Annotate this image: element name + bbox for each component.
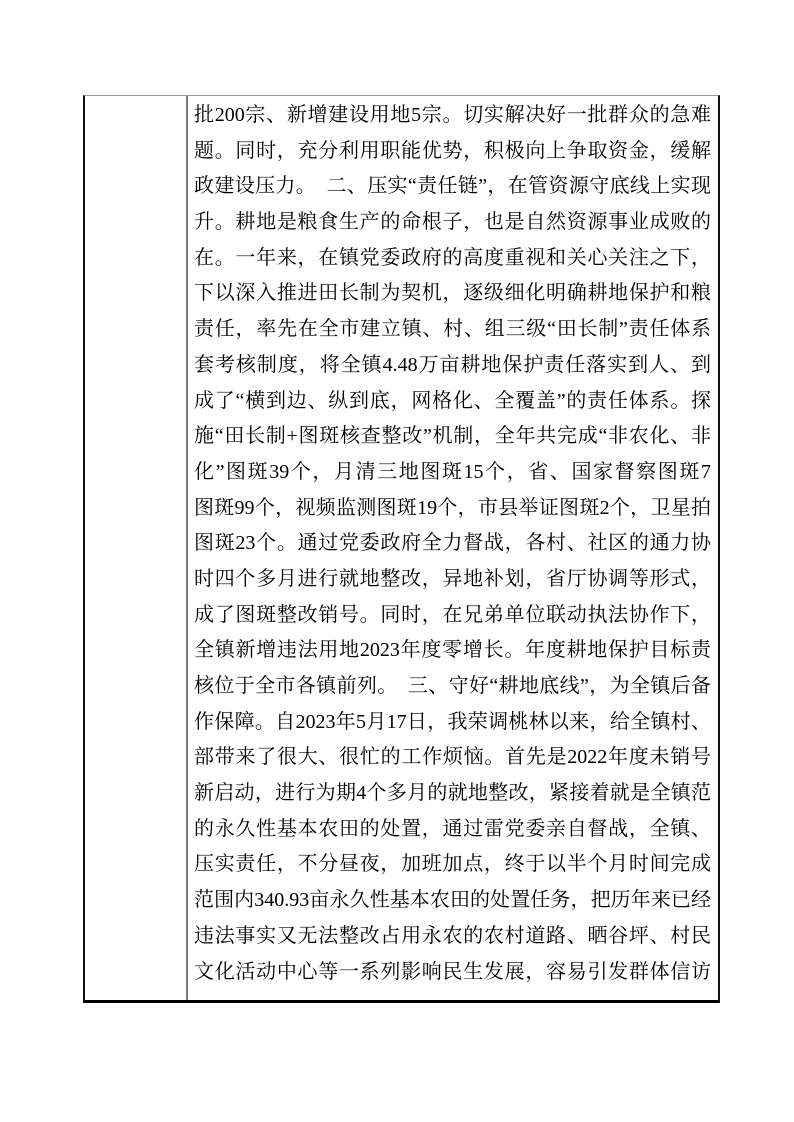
- text-line: 核位于全市各镇前列。 三、守好“耕地底线”，为全镇后备资源: [194, 669, 711, 705]
- text-line: 作保障。自2023年5月17日，我荣调桃林以来，给全镇村、社区干: [194, 705, 711, 741]
- text-line: 题。同时，充分利用职能优势，积极向上争取资金，缓解地方财: [194, 134, 711, 170]
- text-line: 时四个多月进行就地整改，异地补划，省厅协调等形式，圆满完: [194, 562, 711, 598]
- text-line: 违法事实又无法整改占用永农的农村道路、晒谷坪、村民建房、: [194, 919, 711, 955]
- text-line: 图斑99个，视频监测图斑19个，市县举证图斑2个，卫星拍片执法: [194, 491, 711, 527]
- text-line: 图斑23个。通过党委政府全力督战，各村、社区的通力协作，历: [194, 526, 711, 562]
- text-line: 范围内340.93亩永久性基本农田的处置任务，把历年来已经形成: [194, 883, 711, 919]
- text-line: 套考核制度，将全镇4.48万亩耕地保护责任落实到人、到点，形: [194, 348, 711, 384]
- text-line: 升。耕地是粮食生产的命根子，也是自然资源事业成败的关键所: [194, 205, 711, 241]
- text-line: 成了图斑整改销号。同时，在兄弟单位联动执法协作下，实现了: [194, 598, 711, 634]
- document-page: 批200宗、新增建设用地5宗。切实解决好一批群众的急难愁盼问题。同时，充分利用职…: [0, 0, 794, 1122]
- text-line: 部带来了很大、很忙的工作烦恼。首先是2022年度未销号图斑重: [194, 740, 711, 776]
- text-line: 压实责任，不分昼夜，加班加点，终于以半个月时间完成了全镇: [194, 847, 711, 883]
- text-line: 的永久性基本农田的处置，通过雷党委亲自督战，全镇、村书记: [194, 812, 711, 848]
- text-line: 化”图斑39个，月清三地图斑15个，省、国家督察图斑7个，快递: [194, 455, 711, 491]
- text-line: 文化活动中心等一系列影响民生发展，容易引发群体信访事件的: [194, 955, 711, 991]
- text-line: 施“田长制+图斑核查整改”机制，全年共完成“非农化、非粮: [194, 419, 711, 455]
- table-cell-content: 批200宗、新增建设用地5宗。切实解决好一批群众的急难愁盼问题。同时，充分利用职…: [188, 96, 718, 1000]
- text-line: 成了“横到边、纵到底，网格化、全覆盖”的责任体系。探索实: [194, 384, 711, 420]
- report-table: 批200宗、新增建设用地5宗。切实解决好一批群众的急难愁盼问题。同时，充分利用职…: [83, 95, 720, 1003]
- text-line: 在。一年来，在镇党委政府的高度重视和关心关注之下，全镇上: [194, 241, 711, 277]
- text-line: 下以深入推进田长制为契机，逐级细化明确耕地保护和粮食安全: [194, 276, 711, 312]
- table-cell-label: [85, 96, 188, 1000]
- text-line: 责任，率先在全市建立镇、村、组三级“田长制”责任体系和配: [194, 312, 711, 348]
- text-line: 全镇新增违法用地2023年度零增长。年度耕地保护目标责任制考: [194, 633, 711, 669]
- text-line: 批200宗、新增建设用地5宗。切实解决好一批群众的急难愁盼问: [194, 98, 711, 134]
- text-line: 政建设压力。 二、压实“责任链”，在管资源守底线上实现新提: [194, 169, 711, 205]
- text-line: 新启动，进行为期4个多月的就地整改，紧接着就是全镇范围内: [194, 776, 711, 812]
